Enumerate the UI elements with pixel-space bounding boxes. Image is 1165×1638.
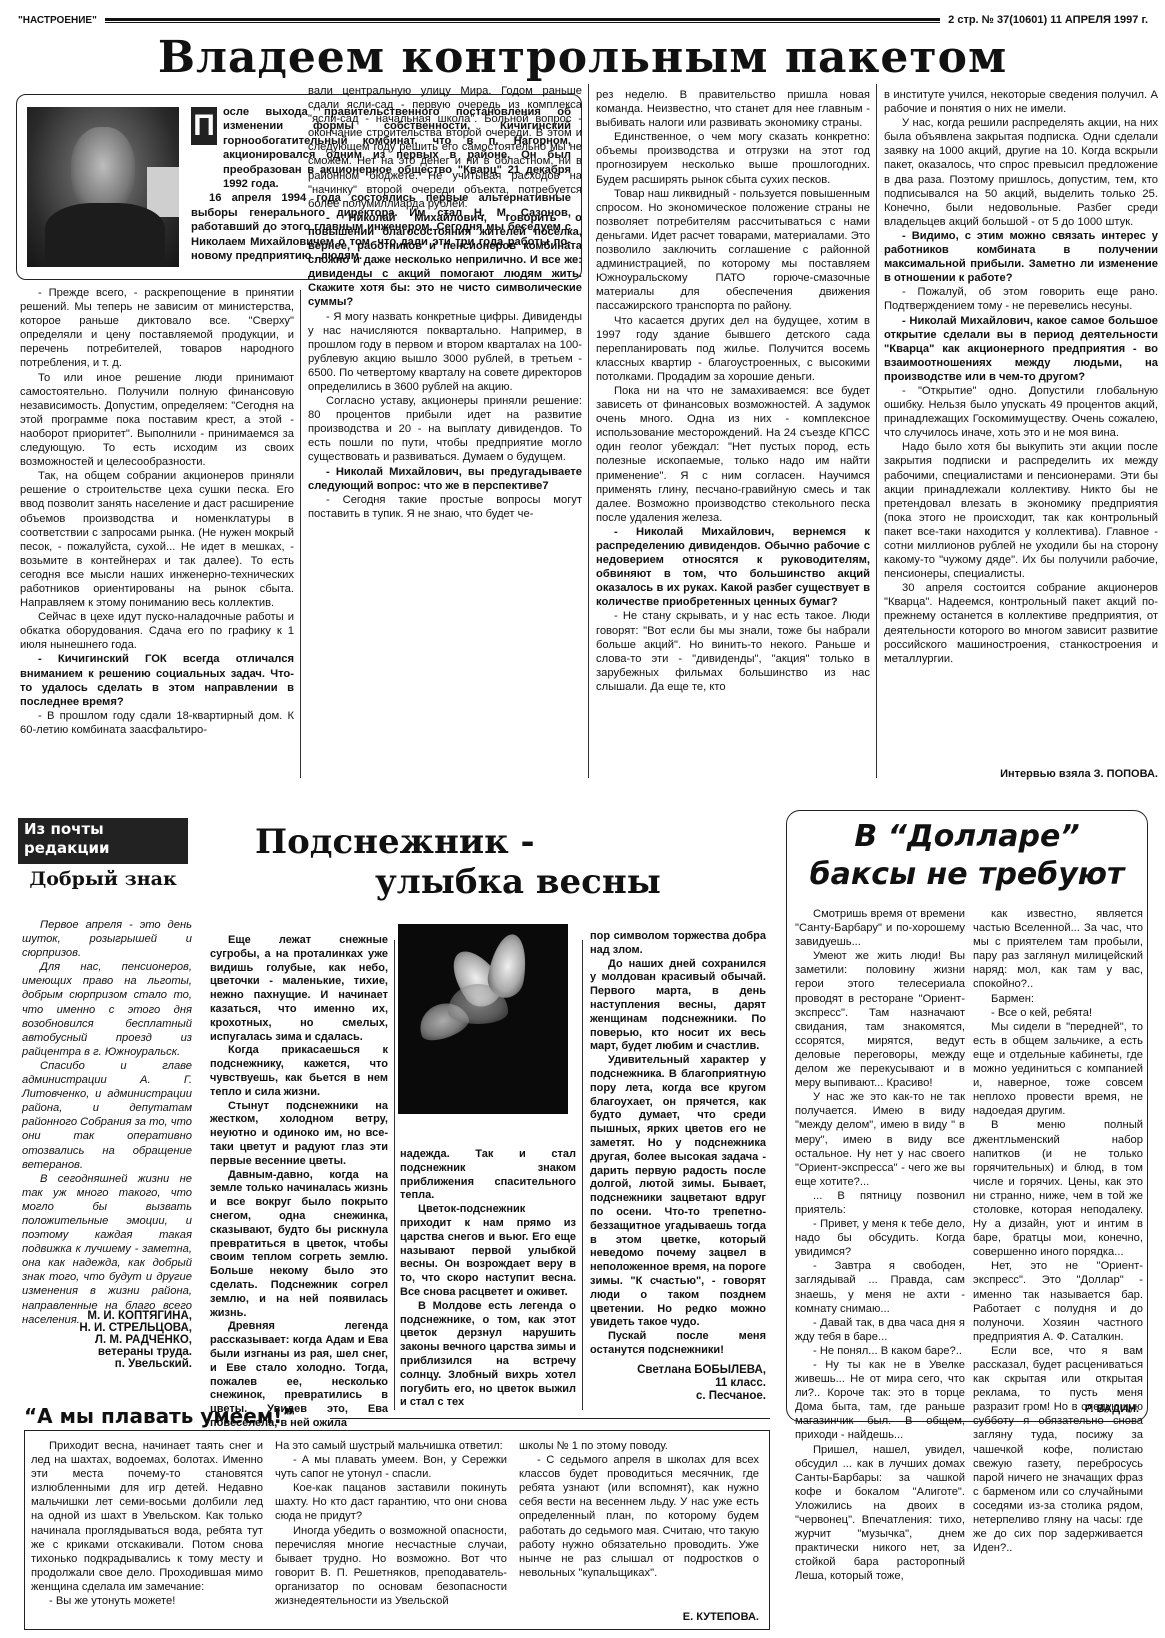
article-byline: Интервью взяла З. ПОПОВА. xyxy=(884,768,1158,780)
signature-line: п. Увельский. xyxy=(22,1358,192,1370)
dollar-title-line2: баксы не требуют xyxy=(787,857,1147,892)
signature-line: 11 класс. xyxy=(590,1377,766,1390)
dollar-title-line1: В “Долларе” xyxy=(787,819,1147,854)
rubric-label: Из почты редакции xyxy=(18,818,188,864)
paragraph: Смотришь время от времени "Санту-Барбару… xyxy=(795,907,965,949)
paragraph: Спасибо и главе администрации А. Г. Лито… xyxy=(22,1059,192,1172)
article-column-1: - Прежде всего, - раскрепощение в принят… xyxy=(20,286,294,737)
column-divider xyxy=(588,84,589,778)
paragraph: пор символом торжества добра над злом. xyxy=(590,930,766,958)
dollar-byline: Р. ВАДИН. xyxy=(973,1403,1139,1415)
paragraph: - Привет, у меня к тебе дело, надо бы об… xyxy=(795,1217,965,1259)
letter-title: Добрый знак xyxy=(18,868,188,891)
paragraph: Давным-давно, когда на земле только начи… xyxy=(210,1169,388,1321)
paragraph: - Ну ты как не в Увелке живешь... Не от … xyxy=(795,1358,965,1443)
signature-line: Светлана БОБЫЛЕВА, xyxy=(590,1364,766,1377)
column-divider xyxy=(300,290,301,778)
dollar-column-2: как известно, является частью Вселенной.… xyxy=(973,907,1143,1555)
paragraph: Для нас, пенсионеров, имеющих право на л… xyxy=(22,960,192,1059)
interview-paragraph: рез неделю. В правительство пришла новая… xyxy=(596,88,870,130)
interview-paragraph: - Пожалуй, об этом говорить еще рано. По… xyxy=(884,285,1158,313)
swim-column-3: школы № 1 по этому поводу.- С седьмого а… xyxy=(519,1439,759,1580)
interview-paragraph: вали центральную улицу Мира. Годом раньш… xyxy=(308,84,582,211)
paragraph: До наших дней сохранился у молдован крас… xyxy=(590,958,766,1055)
column-divider xyxy=(394,940,395,1410)
article-column-3: рез неделю. В правительство пришла новая… xyxy=(596,88,870,694)
snowdrop-column-2: надежда. Так и стал подснежник знаком пр… xyxy=(400,1148,576,1410)
signature-line: с. Песчаное. xyxy=(590,1390,766,1403)
interview-question: - Николай Михайлович, вернемся к распред… xyxy=(596,525,870,610)
interview-question: - Кичигинский ГОК всегда отличался внима… xyxy=(20,652,294,708)
snowdrop-title-line2: улыбка весны xyxy=(375,862,661,902)
paragraph: Иногда убедить о возможной опасности, пе… xyxy=(275,1524,507,1609)
snowdrop-author: Светлана БОБЫЛЕВА,11 класс.с. Песчаное. xyxy=(590,1364,766,1403)
column-divider xyxy=(876,84,877,778)
swim-column-2: На это самый шустрый мальчишка ответил:-… xyxy=(275,1439,507,1608)
paragraph: - А мы плавать умеем. Вон, у Сережки чут… xyxy=(275,1453,507,1481)
interview-paragraph: в институте учился, некоторые сведения п… xyxy=(884,88,1158,116)
interview-paragraph: Товар наш ликвидный - пользуется повышен… xyxy=(596,187,870,314)
article-column-4: в институте учился, некоторые сведения п… xyxy=(884,88,1158,666)
masthead: "НАСТРОЕНИЕ" 2 стр. № 37(10601) 11 АПРЕЛ… xyxy=(18,10,1148,30)
snowdrop-column-3: пор символом торжества добра над злом.До… xyxy=(590,930,766,1358)
signature-line: ветераны труда. xyxy=(22,1346,192,1358)
paragraph: - С седьмого апреля в школах для всех кл… xyxy=(519,1453,759,1580)
paragraph: ... В пятницу позвонил приятель: xyxy=(795,1189,965,1217)
interview-paragraph: - В прошлом году сдали 18-квартирный дом… xyxy=(20,709,294,737)
interview-paragraph: - Прежде всего, - раскрепощение в принят… xyxy=(20,286,294,371)
paragraph: Приходит весна, начинает таять снег и ле… xyxy=(31,1439,263,1594)
title-rule xyxy=(330,1418,770,1419)
interview-paragraph: Согласно уставу, акционеры приняли решен… xyxy=(308,394,582,464)
paragraph: У нас же это как-то не так получается. И… xyxy=(795,1090,965,1189)
paragraph: Мы сидели в "передней", то есть в общем … xyxy=(973,1020,1143,1119)
paragraph: В сегодняшней жизни не так уж много тако… xyxy=(22,1172,192,1327)
issue-info: 2 стр. № 37(10601) 11 АПРЕЛЯ 1997 г. xyxy=(948,14,1148,26)
letter-body: Первое апреля - это день шуток, розыгрыш… xyxy=(22,918,192,1327)
signature-line: Н. И. СТРЕЛЬЦОВА, xyxy=(22,1322,192,1334)
paragraph: Удивительный характер у подснежника. В б… xyxy=(590,1054,766,1330)
interview-paragraph: 30 апреля состоится собрание акционеров … xyxy=(884,581,1158,666)
swim-column-1: Приходит весна, начинает таять снег и ле… xyxy=(31,1439,263,1608)
swim-byline: Е. КУТЕПОВА. xyxy=(519,1611,759,1623)
portrait-photo xyxy=(27,107,179,267)
paragraph: Первое апреля - это день шуток, розыгрыш… xyxy=(22,918,192,960)
interview-paragraph: Так, на общем собрании акционеров принял… xyxy=(20,469,294,610)
interview-question: - Николай Михайлович, какое самое большо… xyxy=(884,314,1158,384)
paragraph: Умеют же жить люди! Вы заметили: половин… xyxy=(795,949,965,1090)
interview-question: - Видимо, с этим можно связать интерес у… xyxy=(884,229,1158,285)
paragraph: Еще лежат снежные сугробы, а на проталин… xyxy=(210,934,388,1044)
snowdrop-column-1: Еще лежат снежные сугробы, а на проталин… xyxy=(210,934,388,1431)
masthead-rule xyxy=(105,18,940,23)
interview-paragraph: - Я могу назвать конкретные цифры. Дивид… xyxy=(308,310,582,395)
article-column-2: вали центральную улицу Мира. Годом раньш… xyxy=(308,84,582,521)
snowdrop-photo xyxy=(398,924,568,1114)
interview-paragraph: Что касается других дел на будущее, хоти… xyxy=(596,314,870,384)
dollar-column-1: Смотришь время от времени "Санту-Барбару… xyxy=(795,907,965,1584)
interview-paragraph: У нас, когда решили распределять акции, … xyxy=(884,116,1158,229)
paragraph: Когда прикасаешься к подснежнику, кажетс… xyxy=(210,1044,388,1099)
snowdrop-title-line1: Подснежник - xyxy=(255,822,535,862)
paragraph: На это самый шустрый мальчишка ответил: xyxy=(275,1439,507,1453)
paragraph: Пришел, нашел, увидел, обсудил ... как в… xyxy=(795,1443,965,1584)
dollar-article-box: В “Долларе” баксы не требуют Смотришь вр… xyxy=(786,810,1148,1422)
signature-line: Л. М. РАДЧЕНКО, xyxy=(22,1334,192,1346)
interview-question: - Николай Михайлович, вы предугадываете … xyxy=(308,465,582,493)
paragraph: Если все, что я вам рассказал, будет рас… xyxy=(973,1344,1143,1555)
paragraph: Нет, это не "Ориент-экспресс". Это "Долл… xyxy=(973,1259,1143,1344)
signature-line: М. И. КОПТЯГИНА, xyxy=(22,1310,192,1322)
swim-title: “А мы плавать умеем!” xyxy=(24,1404,295,1428)
interview-paragraph: Надо было хотя бы выкупить эти акции пос… xyxy=(884,440,1158,581)
paragraph: Кое-как пацанов заставили покинуть шахту… xyxy=(275,1481,507,1523)
interview-paragraph: - "Открытие" одно. Допустили глобальную … xyxy=(884,384,1158,440)
interview-question: - Николай Михайлович, говорить о повышен… xyxy=(308,211,582,310)
interview-paragraph: Сейчас в цехе идут пуско-наладочные рабо… xyxy=(20,610,294,652)
newspaper-name: "НАСТРОЕНИЕ" xyxy=(18,15,97,26)
interview-paragraph: - Сегодня такие простые вопросы могут по… xyxy=(308,493,582,521)
interview-paragraph: То или иное решение люди принимают самос… xyxy=(20,371,294,470)
paragraph: - Не понял... В каком баре?.. xyxy=(795,1344,965,1358)
paragraph: - Давай так, в два часа дня я жду тебя в… xyxy=(795,1316,965,1344)
paragraph: надежда. Так и стал подснежник знаком пр… xyxy=(400,1148,576,1203)
paragraph: Бармен: xyxy=(973,992,1143,1006)
paragraph: Пускай после меня останутся подснежники! xyxy=(590,1330,766,1358)
paragraph: - Вы же утонуть можете! xyxy=(31,1594,263,1608)
paragraph: - Все о кей, ребята! xyxy=(973,1006,1143,1020)
column-divider xyxy=(582,940,583,1410)
paragraph: - Завтра я свободен, заглядывай ... Прав… xyxy=(795,1259,965,1315)
paragraph: В Молдове есть легенда о подснежнике, о … xyxy=(400,1300,576,1410)
paragraph: школы № 1 по этому поводу. xyxy=(519,1439,759,1453)
swim-article-box: Приходит весна, начинает таять снег и ле… xyxy=(24,1430,770,1630)
interview-paragraph: Пока ни на что не замахиваемся: все буде… xyxy=(596,384,870,525)
paragraph: как известно, является частью Вселенной.… xyxy=(973,907,1143,992)
paragraph: Цветок-подснежник приходит к нам прямо и… xyxy=(400,1203,576,1300)
article-title: Владеем контрольным пакетом xyxy=(0,32,1165,83)
paragraph: В меню полный джентльменский набор напит… xyxy=(973,1118,1143,1259)
interview-paragraph: Единственное, о чем могу сказать конкрет… xyxy=(596,130,870,186)
letter-signatures: М. И. КОПТЯГИНА,Н. И. СТРЕЛЬЦОВА,Л. М. Р… xyxy=(22,1310,192,1370)
paragraph: Стынут подснежники на жестком, холодном … xyxy=(210,1100,388,1169)
interview-paragraph: - Не стану скрывать, и у нас есть такое.… xyxy=(596,609,870,694)
